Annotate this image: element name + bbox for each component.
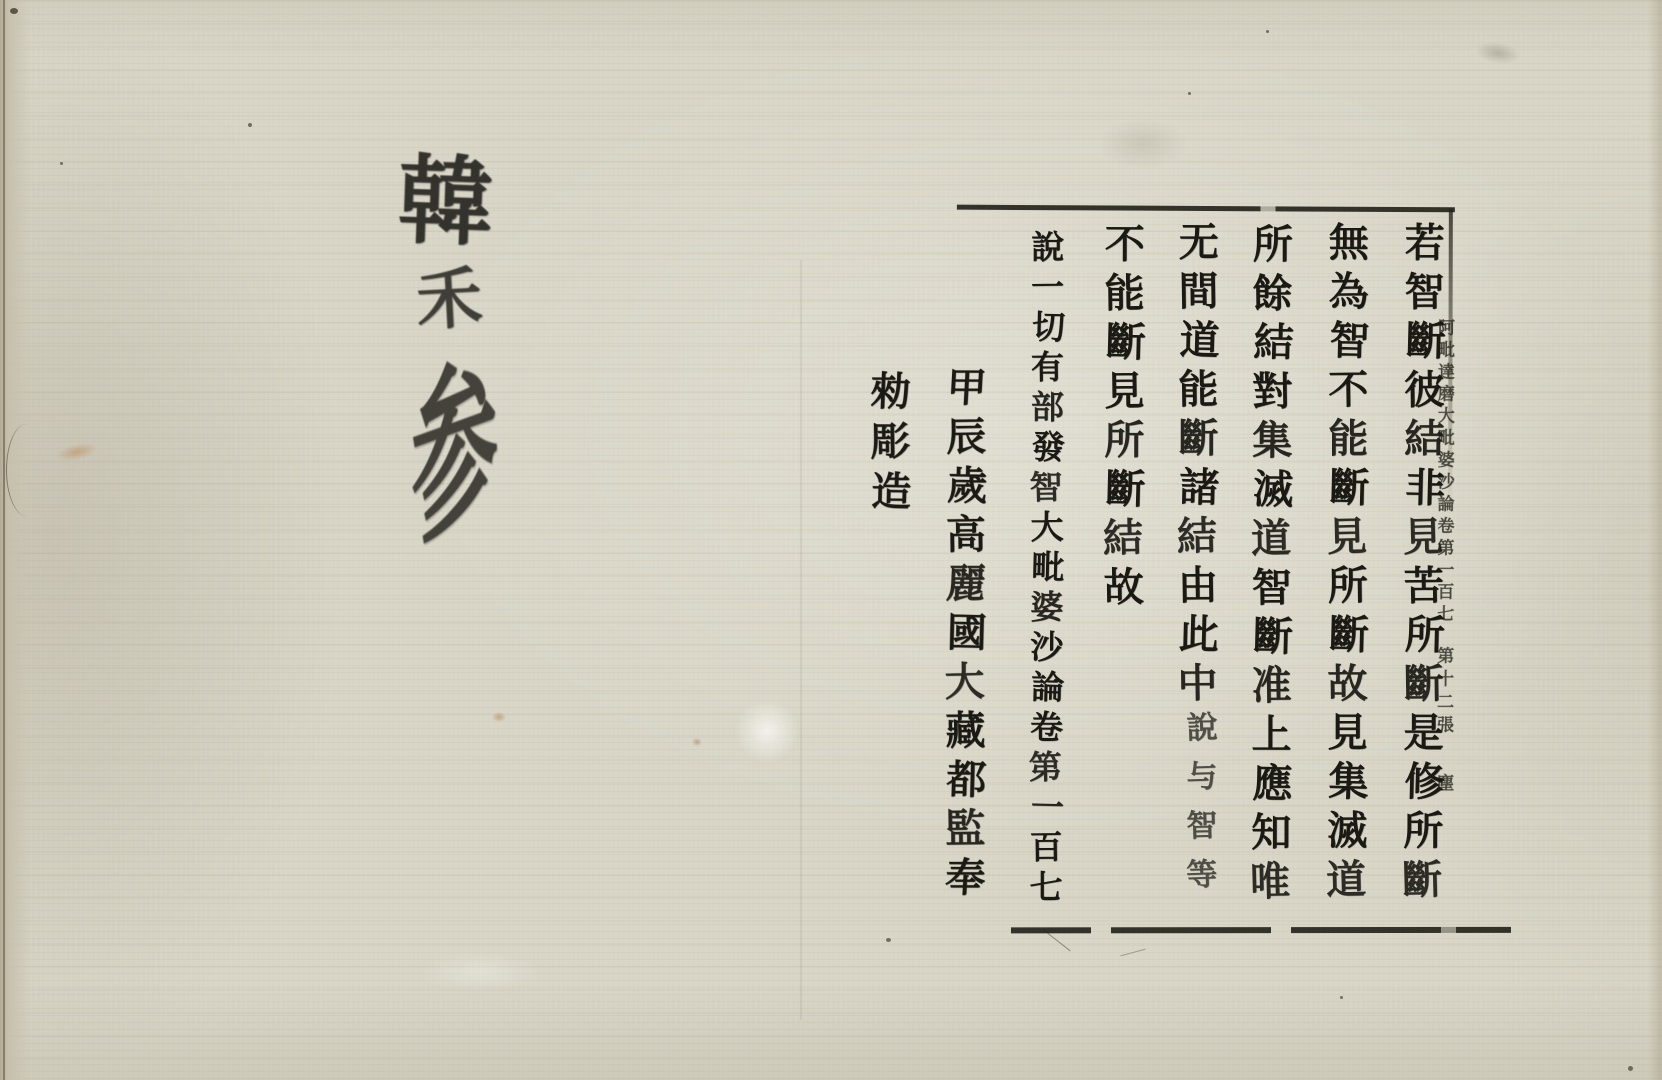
- glyph: 智: [1321, 321, 1378, 371]
- glyph: 知: [1243, 813, 1299, 862]
- glyph: 与: [1174, 761, 1232, 812]
- glyph: 是: [1395, 713, 1451, 762]
- glyph: 上: [1243, 715, 1299, 764]
- glyph: 見: [1319, 713, 1375, 762]
- glyph: 斷: [1097, 322, 1154, 372]
- glyph: 滅: [1319, 811, 1375, 860]
- glyph: 見: [1394, 517, 1451, 567]
- glyph: 准: [1243, 666, 1300, 716]
- glyph: 說: [1174, 712, 1232, 763]
- glyph: 智: [1021, 470, 1072, 511]
- glyph: 所: [1245, 225, 1301, 274]
- glyph: 所: [1096, 421, 1152, 470]
- glyph: 中: [1169, 664, 1226, 714]
- glyph: 滅: [1245, 469, 1302, 519]
- colophon-column-1: 甲辰歲高麗國大藏都監奉: [937, 368, 994, 907]
- glyph: 无: [1171, 223, 1227, 272]
- glyph: 智: [1244, 568, 1301, 618]
- glyph: 結: [1396, 419, 1452, 468]
- glyph: 由: [1170, 566, 1227, 616]
- glyph: 故: [1096, 567, 1153, 617]
- glyph: 餘: [1244, 274, 1301, 324]
- glyph: 辰: [938, 417, 995, 467]
- glyph: 結: [1168, 516, 1225, 566]
- glyph: 間: [1170, 272, 1227, 322]
- glyph: 論: [1022, 670, 1073, 711]
- glyph: 斷: [1321, 468, 1378, 518]
- glyph: 大: [1022, 510, 1073, 551]
- glyph: 所: [1395, 811, 1451, 860]
- text-column-4: 无間道能斷諸結由此中說与智等: [1169, 223, 1227, 909]
- text-column-5: 不能斷見所斷結故: [1096, 225, 1153, 617]
- glyph: 結: [1094, 518, 1151, 568]
- glyph: 甲: [937, 368, 996, 417]
- glyph: 結: [1245, 322, 1302, 372]
- text-column-2: 無為智不能斷見所斷故見集滅道: [1319, 223, 1377, 909]
- glyph: 道: [1317, 860, 1374, 910]
- glyph: 卷: [1021, 710, 1071, 750]
- block-border-top: [957, 205, 1455, 213]
- glyph: 監: [937, 809, 994, 859]
- glyph: 第: [1020, 750, 1071, 791]
- glyph: 都: [938, 760, 995, 810]
- glyph: 有: [1022, 350, 1073, 391]
- glyph: 斷: [1393, 860, 1450, 910]
- glyph: 說: [1023, 231, 1073, 271]
- glyph: 七: [1021, 870, 1071, 910]
- glyph: 高: [938, 515, 995, 565]
- text-column-1: 若智斷彼結非見苦所斷是修所斷: [1395, 223, 1453, 909]
- glyph: 此: [1170, 614, 1227, 664]
- glyph: 所: [1396, 615, 1453, 665]
- glyph: 一: [1022, 270, 1073, 311]
- glyph: 彼: [1396, 370, 1453, 420]
- glyph: 應: [1244, 763, 1301, 813]
- glyph: 集: [1320, 762, 1377, 812]
- block-border-bottom: [1011, 927, 1511, 933]
- glyph: 沙: [1022, 630, 1072, 670]
- glyph: 道: [1171, 320, 1228, 370]
- glyph: 唯: [1241, 861, 1298, 911]
- glyph: 對: [1244, 372, 1301, 422]
- glyph: 百: [1021, 830, 1072, 871]
- glyph: 所: [1320, 566, 1377, 616]
- glyph: 智: [1396, 272, 1453, 322]
- glyph: 彫: [862, 422, 919, 473]
- glyph: 等: [1173, 859, 1231, 910]
- glyph: 婆: [1022, 590, 1073, 631]
- handwritten-char-3: 参: [409, 292, 500, 584]
- glyph: 苦: [1396, 566, 1453, 616]
- glyph: 為: [1320, 272, 1377, 322]
- glyph: 奉: [936, 858, 995, 907]
- glyph: 造: [862, 471, 919, 522]
- glyph: 斷: [1097, 469, 1154, 519]
- glyph: 無: [1321, 223, 1377, 272]
- glyph: 斷: [1395, 664, 1452, 714]
- glyph: 諸: [1171, 467, 1228, 517]
- glyph: 能: [1170, 370, 1227, 420]
- text-column-3: 所餘結對集滅道智斷准上應知唯: [1243, 225, 1301, 911]
- glyph: 能: [1096, 273, 1153, 323]
- glyph: 若: [1397, 223, 1453, 272]
- glyph: 不: [1320, 370, 1377, 420]
- glyph: 勑: [861, 372, 919, 422]
- glyph: 部: [1022, 391, 1072, 431]
- glyph: 歲: [939, 466, 996, 516]
- glyph: 一: [1022, 790, 1073, 831]
- glyph: 斷: [1320, 615, 1377, 665]
- glyph: 非: [1397, 468, 1454, 518]
- glyph: 見: [1318, 517, 1375, 567]
- glyph: 道: [1242, 518, 1299, 568]
- glyph: 斷: [1170, 419, 1226, 468]
- glyph: 見: [1096, 371, 1153, 421]
- glyph: 國: [938, 613, 995, 663]
- glyph: 麗: [937, 564, 996, 613]
- printed-text-block: 阿毗達磨大毗婆沙論卷第一百七 第十二張 塵 若智斷彼結非見苦所斷是修所斷 無為智…: [0, 0, 1662, 1080]
- handwritten-char-1: 韓: [396, 124, 497, 264]
- glyph: 切: [1023, 310, 1074, 351]
- glyph: 智: [1173, 810, 1231, 861]
- glyph: 故: [1319, 664, 1376, 714]
- glyph: 斷: [1244, 616, 1301, 666]
- tail-title-column: 說一切有部發智大毗婆沙論卷第一百七: [1021, 231, 1073, 911]
- colophon-column-2: 勑彫造: [862, 372, 918, 522]
- glyph: 集: [1244, 421, 1300, 470]
- glyph: 毗: [1022, 550, 1073, 591]
- glyph: 大: [936, 662, 993, 712]
- glyph: 發: [1023, 430, 1074, 471]
- glyph: 斷: [1397, 321, 1454, 371]
- glyph: 藏: [937, 711, 994, 761]
- glyph: 能: [1320, 419, 1376, 468]
- glyph: 不: [1097, 225, 1153, 274]
- glyph: 修: [1396, 762, 1453, 812]
